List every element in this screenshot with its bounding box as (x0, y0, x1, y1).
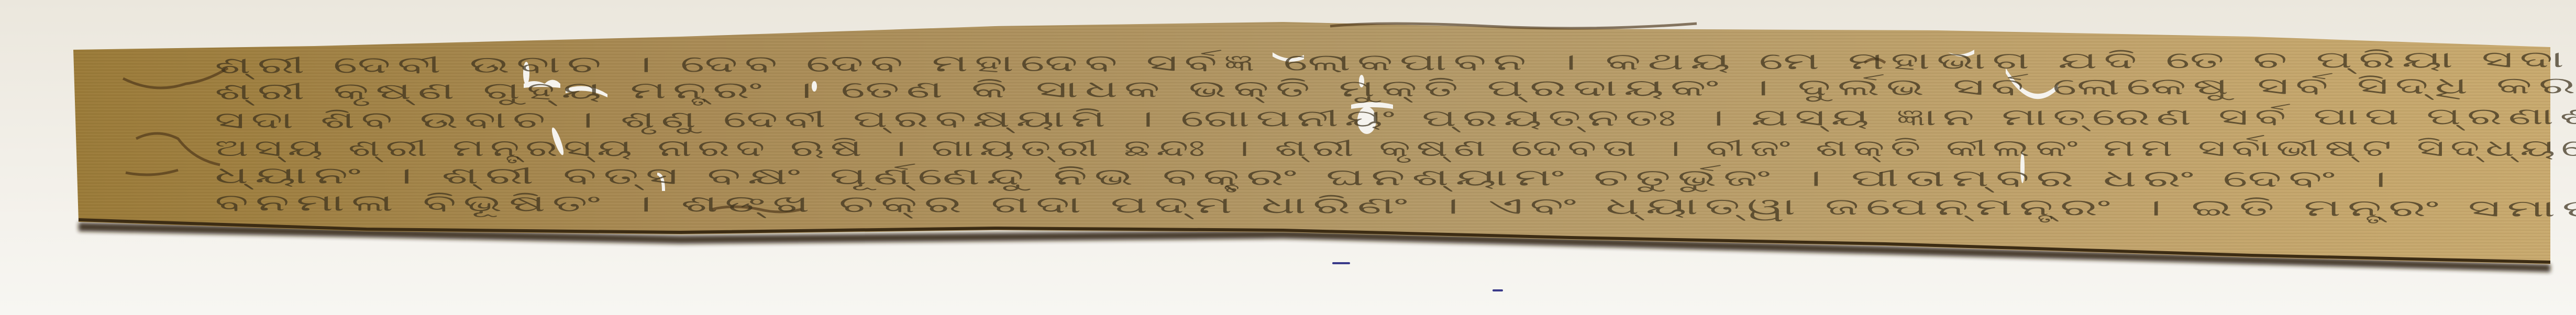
manuscript-text: ଶ୍ରୀ ଦେବୀ ଉବାଚ । ଦେବ ଦେବ ମହାଦେବ ସର୍ବଜ୍ଞ … (0, 0, 2576, 315)
manuscript-line-6: ବନମାଳା ବିଭୂଷିତଂ । ଶଙ୍ଖ ଚକ୍ର ଗଦା ପଦ୍ମ ଧାର… (215, 189, 2576, 222)
manuscript-line-3: ସଦା ଶିବ ଉବାଚ । ଶୃଣୁ ଦେବୀ ପ୍ରବକ୍ଷ୍ୟାମି । … (215, 103, 2576, 134)
manuscript-line-4: ଅସ୍ୟ ଶ୍ରୀ ମନ୍ତ୍ରସ୍ୟ ନାରଦ ଋଷି । ଗାୟତ୍ରୀ ଛ… (215, 135, 2576, 162)
manuscript-line-5: ଧ୍ୟାନଂ । ଶ୍ରୀ ବତ୍ସ ବକ୍ଷଂ ପୂର୍ଣ୍ଣେନ୍ଦୁ ନି… (215, 162, 2393, 193)
